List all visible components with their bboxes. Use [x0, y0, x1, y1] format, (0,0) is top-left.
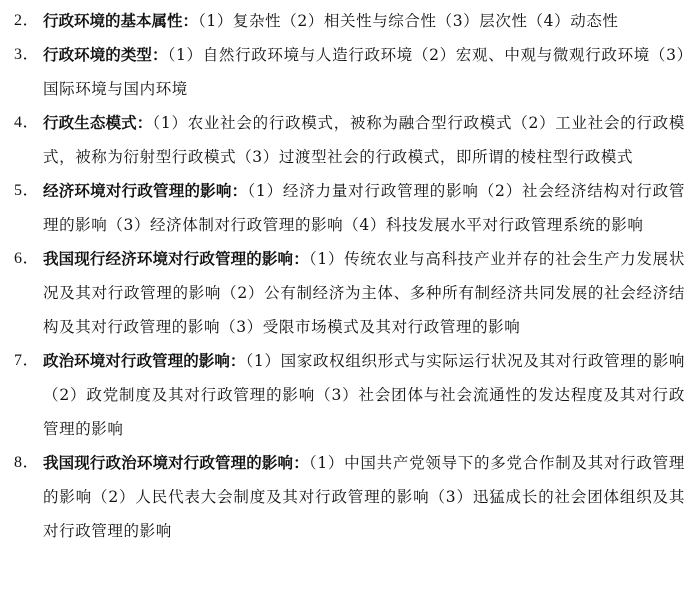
list-item: 5．经济环境对行政管理的影响：（1）经济力量对行政管理的影响（2）社会经济结构对…: [0, 174, 693, 242]
list-item: 2．行政环境的基本属性：（1）复杂性（2）相关性与综合性（3）层次性（4）动态性: [0, 4, 693, 38]
list-item: 4．行政生态模式：（1）农业社会的行政模式，被称为融合型行政模式（2）工业社会的…: [0, 106, 693, 174]
item-title: 我国现行政治环境对行政管理的影响：: [43, 453, 309, 472]
item-title: 政治环境对行政管理的影响：: [43, 351, 246, 370]
item-number: 6．: [14, 242, 39, 276]
item-title: 行政生态模式：: [43, 113, 152, 132]
item-number: 8．: [14, 446, 39, 480]
list-item: 8．我国现行政治环境对行政管理的影响：（1）中国共产党领导下的多党合作制及其对行…: [0, 446, 693, 548]
list-item: 7．政治环境对行政管理的影响：（1）国家政权组织形式与实际运行状况及其对行政管理…: [0, 344, 693, 446]
item-title: 我国现行经济环境对行政管理的影响：: [43, 249, 309, 268]
item-number: 7．: [14, 344, 39, 378]
item-body: （1）复杂性（2）相关性与综合性（3）层次性（4）动态性: [198, 12, 619, 30]
item-number: 3．: [14, 38, 39, 72]
item-number: 2．: [14, 4, 39, 38]
list-item: 6．我国现行经济环境对行政管理的影响：（1）传统农业与高科技产业并存的社会生产力…: [0, 242, 693, 344]
list-item: 3．行政环境的类型：（1）自然行政环境与人造行政环境（2）宏观、中观与微观行政环…: [0, 38, 693, 106]
item-number: 5．: [14, 174, 39, 208]
document-body: 2．行政环境的基本属性：（1）复杂性（2）相关性与综合性（3）层次性（4）动态性…: [0, 0, 693, 548]
item-title: 经济环境对行政管理的影响：: [43, 181, 247, 200]
item-title: 行政环境的基本属性：: [43, 11, 198, 30]
item-number: 4．: [14, 106, 39, 140]
item-title: 行政环境的类型：: [43, 45, 168, 64]
